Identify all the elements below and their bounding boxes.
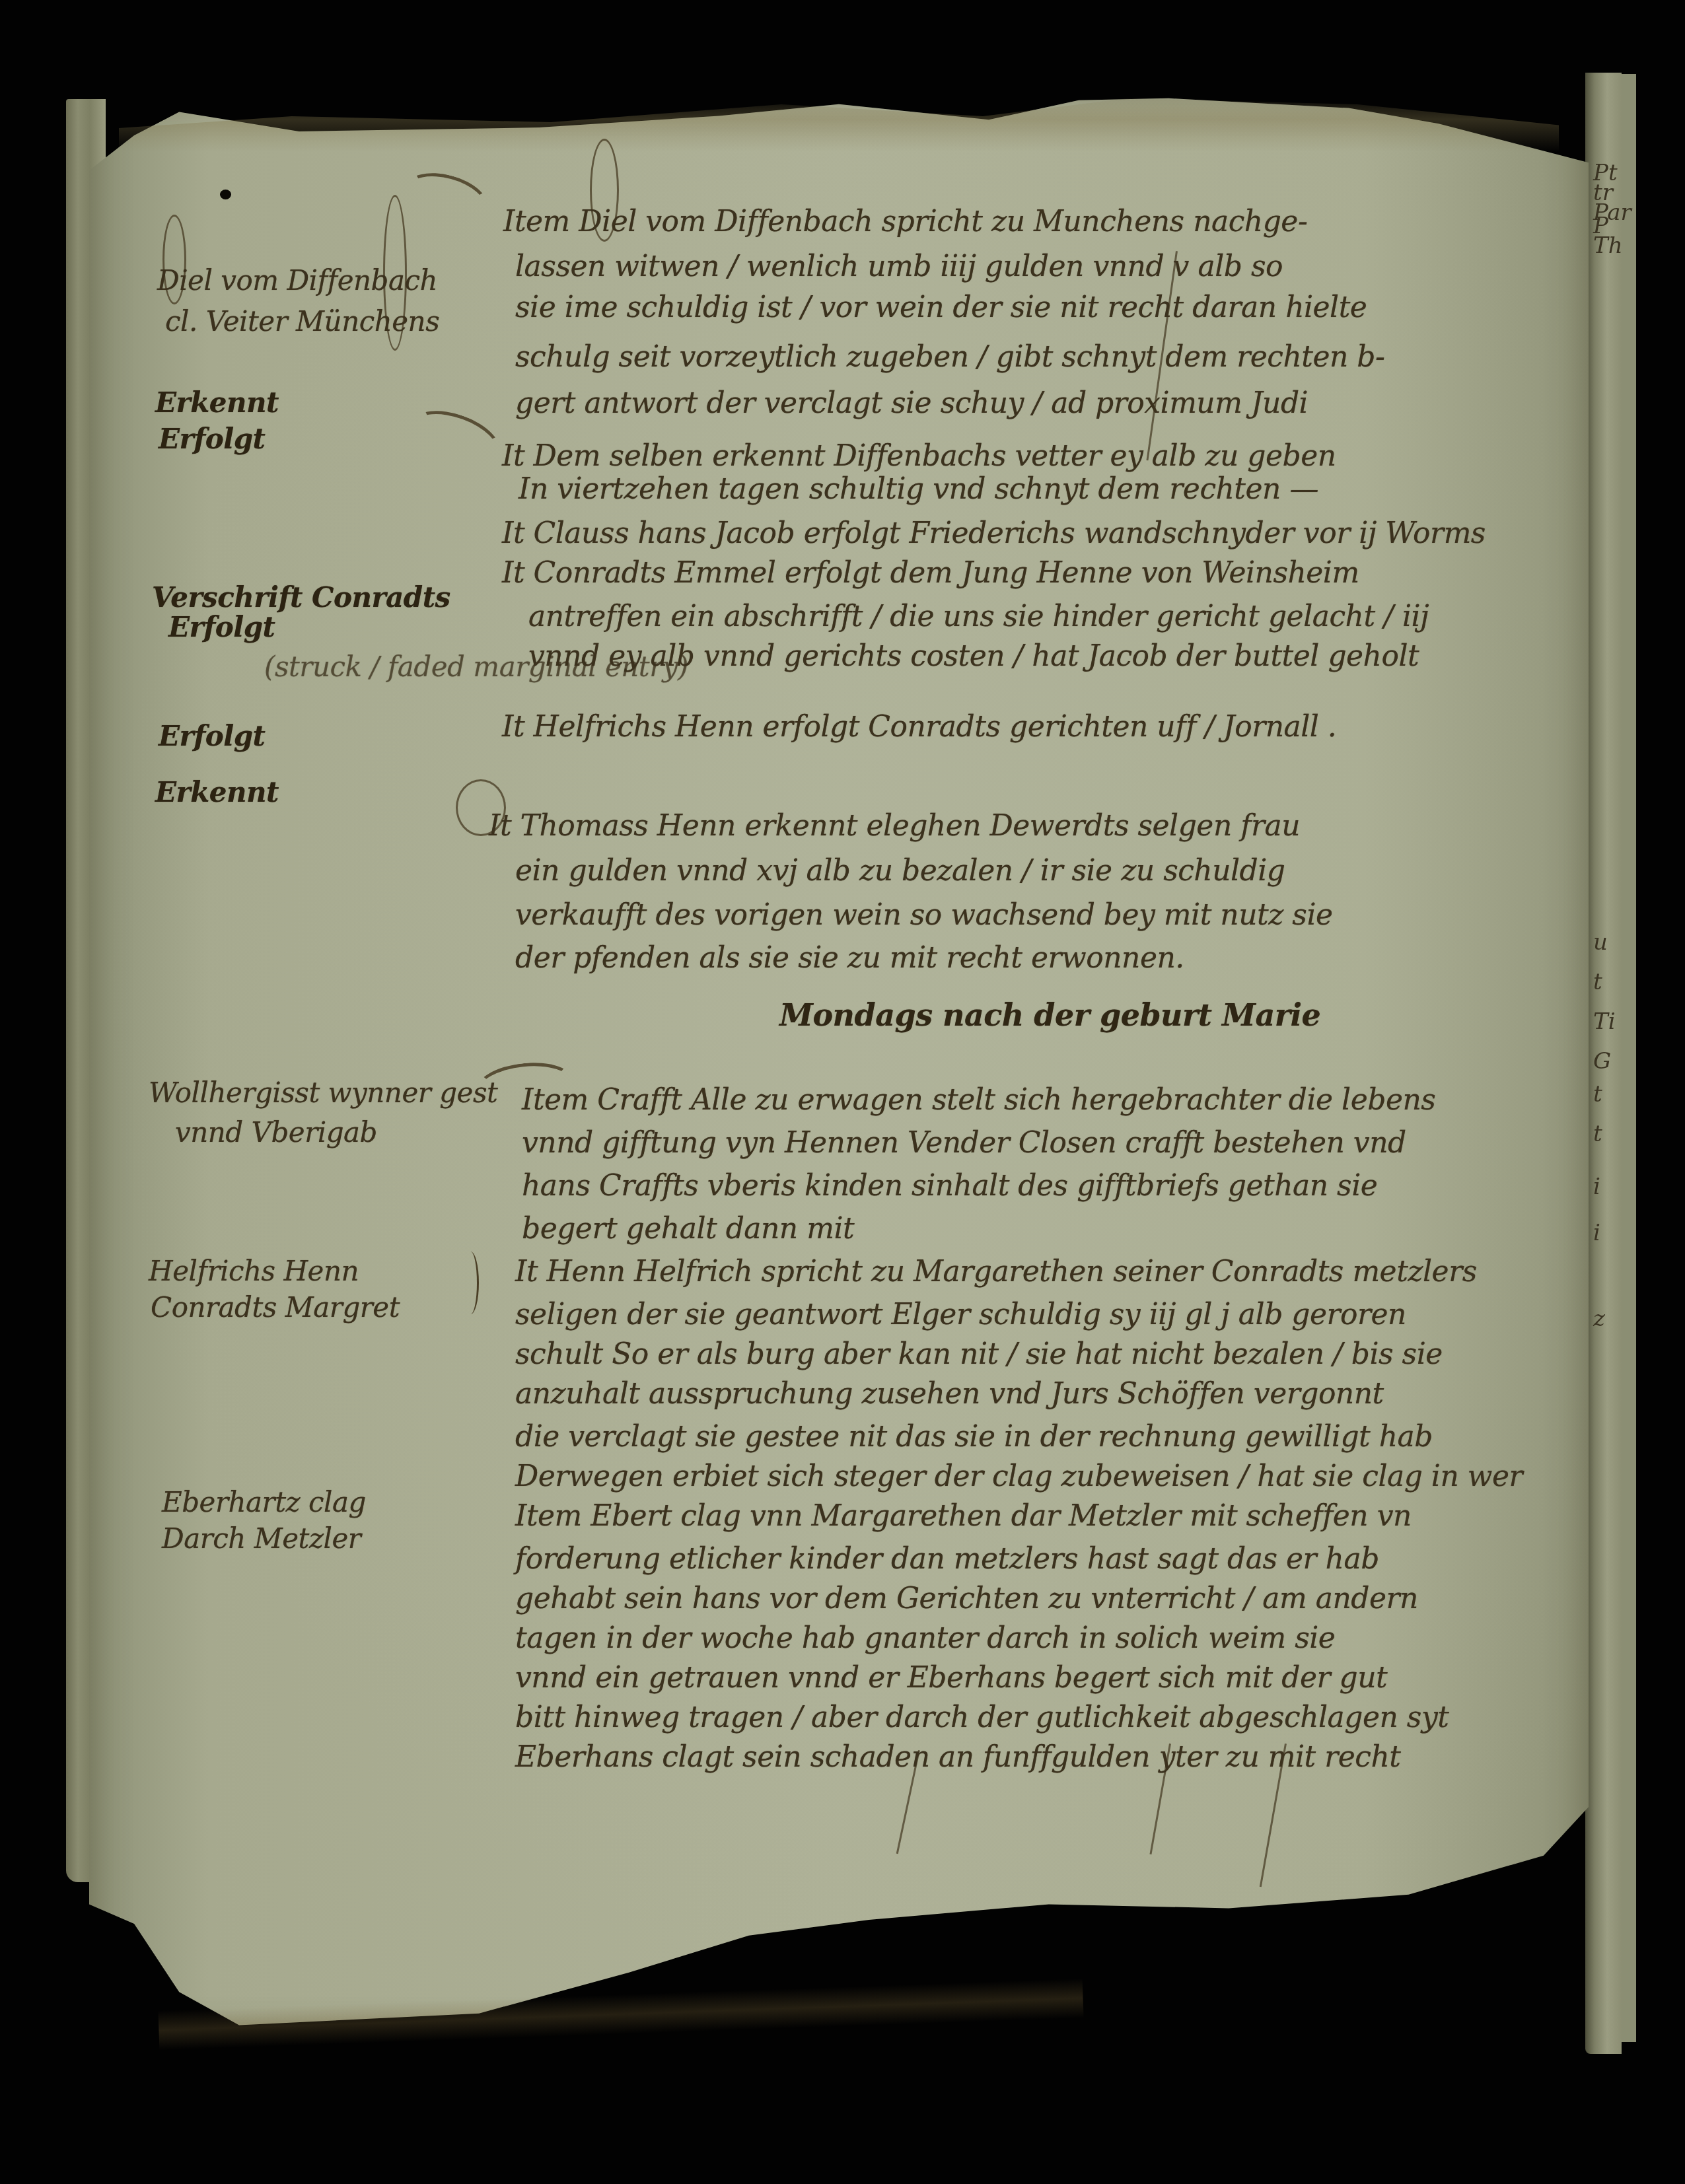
entry-line: anzuhalt ausspruchung zusehen vnd Jurs S… [515, 1377, 1384, 1411]
fragment: t [1593, 1083, 1602, 1106]
fragment: t [1593, 1123, 1602, 1145]
entry-line: It Clauss hans Jacob erfolgt Friederichs… [502, 516, 1486, 550]
margin-note: cl. Veiter Münchens [165, 305, 439, 337]
margin-note: Wollhergisst wynner gest [149, 1076, 497, 1109]
margin-note: Conradts Margret [151, 1291, 400, 1323]
fragment: Th [1593, 234, 1623, 257]
adjacent-leaf-strip [1622, 74, 1636, 2042]
entry-line: hans Craffts vberis kinden sinhalt des g… [522, 1169, 1377, 1203]
entry-line: forderung etlicher kinder dan metzlers h… [515, 1542, 1379, 1576]
entry-line: vnnd ein getrauen vnnd er Eberhans beger… [515, 1661, 1387, 1695]
entry-line: Item Diel vom Diffenbach spricht zu Munc… [503, 205, 1307, 238]
fragment: Ti [1593, 1010, 1616, 1033]
entry-line: vnnd ey alb vnnd gerichts costen / hat J… [528, 639, 1419, 673]
entry-line: gert antwort der verclagt sie schuy / ad… [515, 386, 1308, 420]
entry-line: It Thomass Henn erkennt eleghen Dewerdts… [489, 809, 1300, 843]
entry-line: It Henn Helfrich spricht zu Margarethen … [515, 1255, 1477, 1288]
entry-line: Eberhans clagt sein schaden an funffguld… [515, 1740, 1400, 1774]
margin-note: Erkennt [155, 776, 279, 808]
entry-line: Item Crafft Alle zu erwagen stelt sich h… [522, 1083, 1435, 1117]
section-heading: Mondags nach der geburt Marie [779, 997, 1320, 1033]
margin-note: Verschrift Conradts [152, 581, 450, 614]
margin-note: Helfrichs Henn [149, 1255, 359, 1287]
fragment: G [1593, 1050, 1611, 1073]
fragment: i [1593, 1176, 1600, 1198]
bracket-mark [462, 1251, 479, 1314]
entry-line: schulg seit vorzeytlich zugeben / gibt s… [515, 340, 1384, 374]
entry-line: antreffen ein abschrifft / die uns sie h… [528, 600, 1429, 633]
entry-line: Item Ebert clag vnn Margarethen dar Metz… [515, 1499, 1412, 1533]
margin-note: vnnd Vberigab [175, 1116, 377, 1148]
entry-line: tagen in der woche hab gnanter darch in … [515, 1621, 1335, 1655]
entry-line: begert gehalt dann mit [522, 1212, 854, 1246]
entry-line: lassen witwen / wenlich umb iiij gulden … [515, 250, 1283, 283]
entry-line: bitt hinweg tragen / aber darch der gutl… [515, 1701, 1449, 1734]
fragment: z [1593, 1308, 1605, 1330]
entry-line: It Dem selben erkennt Diffenbachs vetter… [502, 439, 1336, 473]
margin-note: Erfolgt [168, 611, 275, 643]
fragment: i [1593, 1222, 1600, 1244]
margin-note: Diel vom Diffenbach [157, 264, 437, 297]
margin-note: Eberhartz clag [162, 1486, 366, 1518]
margin-note: Erfolgt [159, 720, 265, 752]
entry-line: verkaufft des vorigen wein so wachsend b… [515, 898, 1333, 932]
fragment: u [1593, 931, 1608, 954]
entry-line: ein gulden vnnd xvj alb zu bezalen / ir … [515, 854, 1285, 888]
fragment: t [1593, 971, 1602, 993]
entry-line: It Helfrichs Henn erfolgt Conradts geric… [502, 710, 1336, 744]
entry-line: der pfenden als sie sie zu mit recht erw… [515, 941, 1184, 975]
entry-line: die verclagt sie gestee nit das sie in d… [515, 1420, 1433, 1454]
entry-line: Derwegen erbiet sich steger der clag zub… [515, 1460, 1523, 1493]
entry-line: gehabt sein hans vor dem Gerichten zu vn… [515, 1582, 1418, 1615]
margin-note: Erkennt [155, 386, 279, 419]
ink-dot [220, 190, 231, 199]
entry-line: In viertzehen tagen schultig vnd schnyt … [519, 472, 1318, 506]
entry-line: seligen der sie geantwort Elger schuldig… [515, 1298, 1406, 1331]
margin-note: Darch Metzler [162, 1522, 361, 1555]
entry-line: schult So er als burg aber kan nit / sie… [515, 1337, 1443, 1371]
margin-note: Erfolgt [159, 423, 265, 455]
entry-line: It Conradts Emmel erfolgt dem Jung Henne… [502, 556, 1359, 590]
entry-line: sie ime schuldig ist / vor wein der sie … [515, 291, 1367, 324]
entry-line: vnnd gifftung vyn Hennen Vender Closen c… [522, 1126, 1406, 1160]
